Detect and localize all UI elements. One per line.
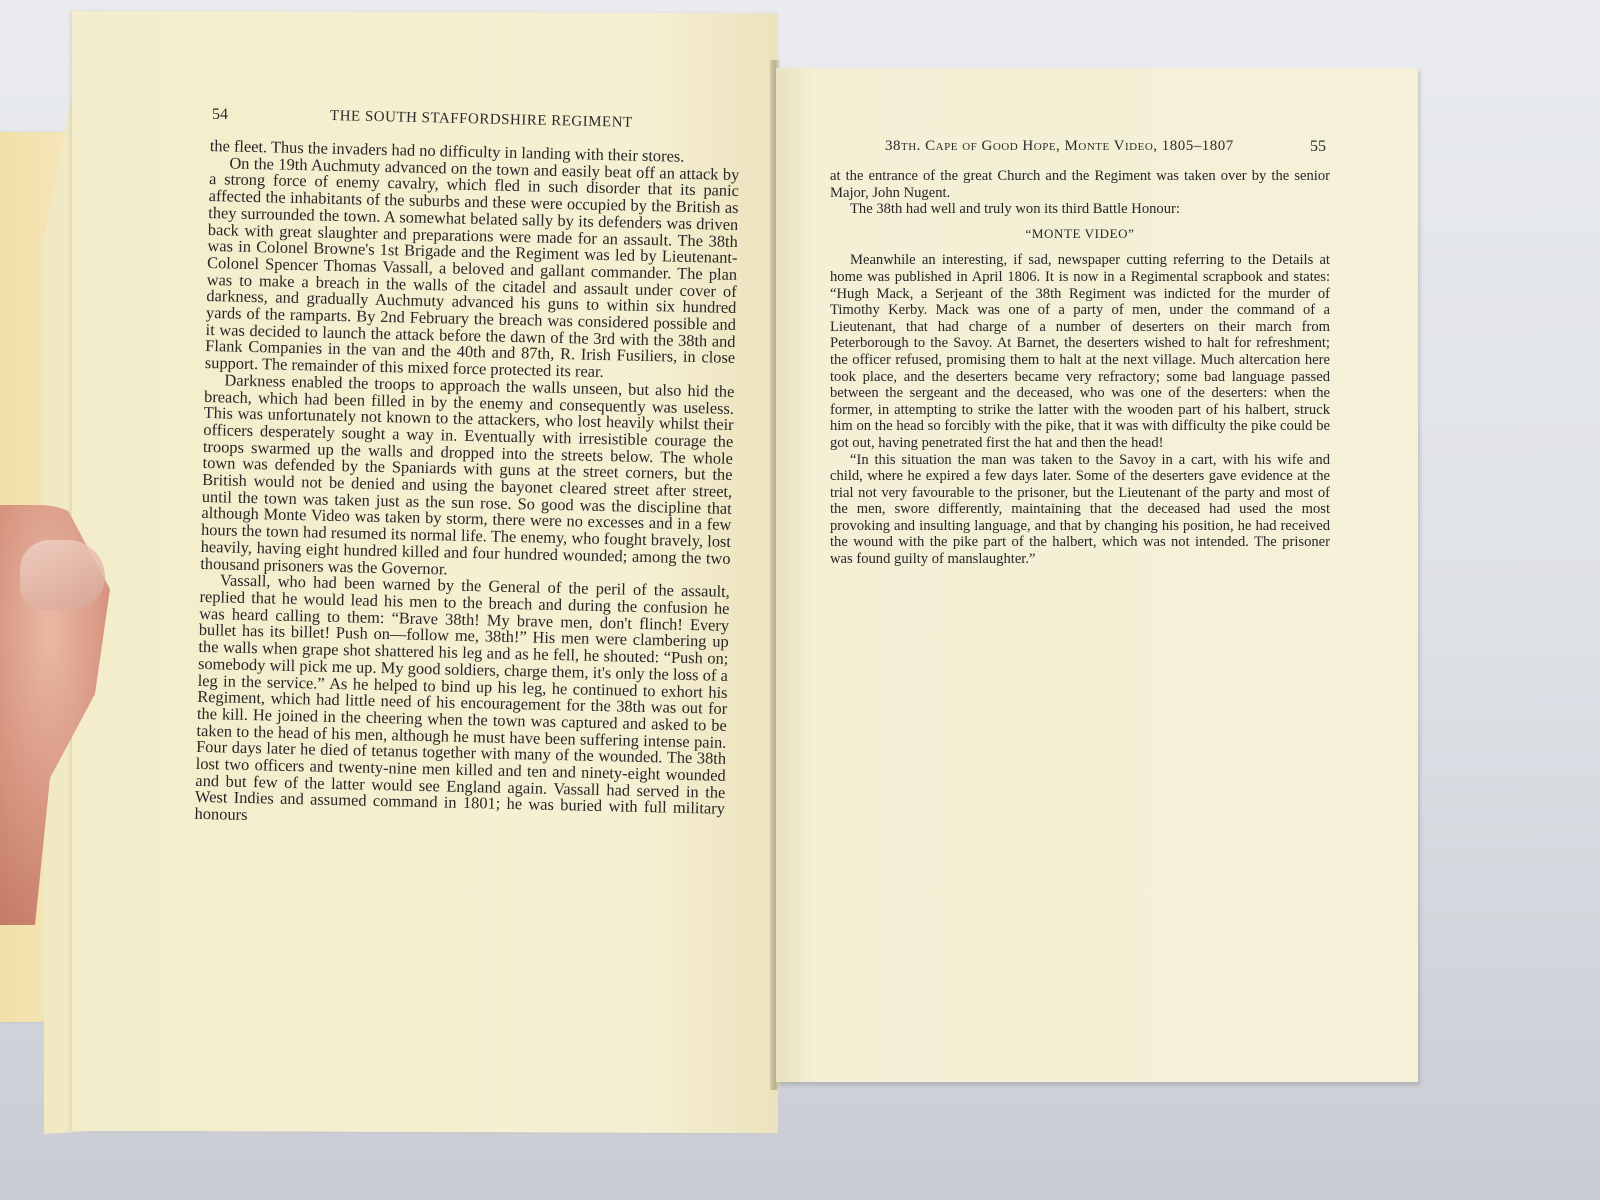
- thumbnail-nail: [20, 540, 105, 610]
- paragraph: On the 19th Auchmuty advanced on the tow…: [205, 155, 740, 384]
- right-page-text: at the entrance of the great Church and …: [830, 168, 1330, 568]
- paragraph: “In this situation the man was taken to …: [830, 452, 1330, 568]
- paragraph: at the entrance of the great Church and …: [830, 168, 1330, 201]
- paragraph: The 38th had well and truly won its thir…: [830, 201, 1330, 218]
- right-page-number: 55: [1310, 138, 1326, 156]
- left-page-number: 54: [212, 106, 228, 124]
- paragraph: Vassall, who had been warned by the Gene…: [194, 572, 730, 835]
- paragraph: Meanwhile an interesting, if sad, newspa…: [830, 252, 1330, 451]
- battle-honour-heading: “MONTE VIDEO”: [830, 226, 1330, 243]
- paragraph: Darkness enabled the troops to approach …: [200, 372, 734, 584]
- right-running-head: 38th. Cape of Good Hope, Monte Video, 18…: [885, 138, 1234, 155]
- left-page-text: the fleet. Thus the invaders had no diff…: [194, 138, 739, 835]
